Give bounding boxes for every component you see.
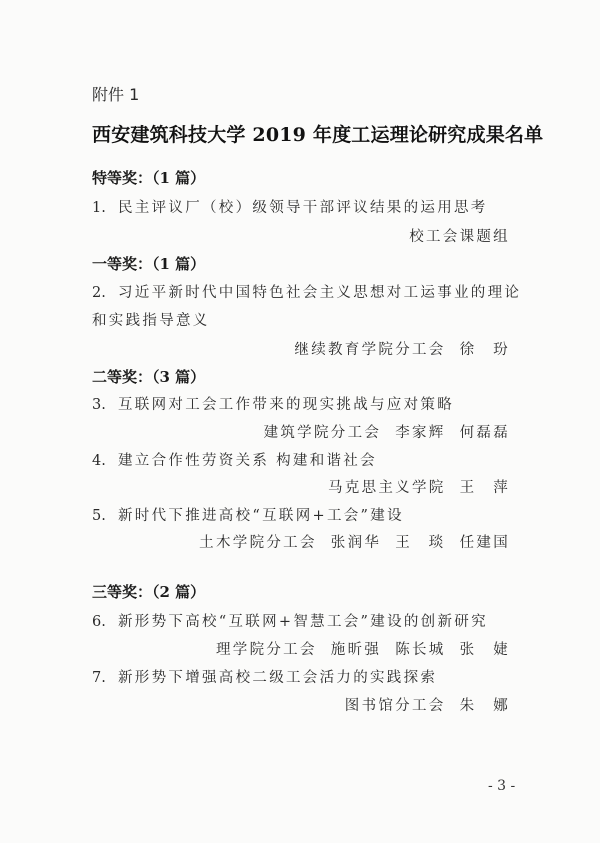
author-name: 王 萍 [460, 480, 510, 496]
author-name: 张 婕 [460, 642, 510, 658]
item-title: 新时代下推进高校“互联网+工会”建设 [118, 508, 404, 524]
section-heading-third: 三等奖：（2 篇） [92, 581, 205, 602]
author-name: 王 琰 [395, 535, 445, 551]
section-heading-second: 二等奖：（3 篇） [92, 366, 205, 387]
author-unit: 图书馆分工会 [345, 698, 446, 714]
attachment-label: 附件 1 [92, 82, 139, 105]
page-number: - 3 - [488, 778, 515, 794]
list-item-3: 3.互联网对工会工作带来的现实挑战与应对策略 [92, 393, 454, 414]
item-authors: 校工会课题组 [409, 225, 510, 246]
item-number: 1. [92, 200, 118, 216]
item-authors: 理学院分工会施昕强陈长城张 婕 [216, 638, 510, 659]
section-heading-special: 特等奖：（1 篇） [92, 167, 205, 188]
item-authors: 建筑学院分工会李家辉何磊磊 [264, 421, 510, 442]
author-unit: 马克思主义学院 [328, 480, 446, 496]
item-number: 2. [92, 285, 118, 301]
item-authors: 继续教育学院分工会徐 玢 [294, 338, 510, 359]
author-name: 施昕强 [331, 642, 381, 658]
item-title: 习近平新时代中国特色社会主义思想对工运事业的理论 [118, 285, 521, 301]
author-unit: 理学院分工会 [216, 642, 317, 658]
author-name: 徐 玢 [460, 342, 510, 358]
author-unit: 校工会课题组 [409, 229, 510, 245]
author-name: 陈长城 [395, 642, 445, 658]
author-unit: 建筑学院分工会 [264, 425, 382, 441]
document-title: 西安建筑科技大学 2019 年度工运理论研究成果名单 [92, 120, 543, 147]
item-number: 5. [92, 508, 118, 524]
item-title: 新形势下高校“互联网+智慧工会”建设的创新研究 [118, 614, 488, 630]
section-heading-first: 一等奖：（1 篇） [92, 253, 205, 274]
item-authors: 土木学院分工会张润华王 琰任建国 [199, 531, 510, 552]
item-authors: 马克思主义学院王 萍 [328, 476, 510, 497]
item-number: 7. [92, 670, 118, 686]
author-name: 朱 娜 [460, 698, 510, 714]
item-title: 互联网对工会工作带来的现实挑战与应对策略 [118, 397, 454, 413]
item-number: 4. [92, 453, 118, 469]
list-item-5: 5.新时代下推进高校“互联网+工会”建设 [92, 504, 404, 525]
list-item-6: 6.新形势下高校“互联网+智慧工会”建设的创新研究 [92, 610, 488, 631]
item-number: 3. [92, 397, 118, 413]
author-name: 任建国 [460, 535, 510, 551]
item-number: 6. [92, 614, 118, 630]
item-title: 建立合作性劳资关系 构建和谐社会 [118, 453, 377, 469]
item-title: 民主评议厂（校）级领导干部评议结果的运用思考 [118, 200, 488, 216]
list-item-1: 1.民主评议厂（校）级领导干部评议结果的运用思考 [92, 196, 488, 217]
author-unit: 土木学院分工会 [199, 535, 317, 551]
item-title-continuation: 和实践指导意义 [92, 309, 210, 330]
item-authors: 图书馆分工会朱 娜 [345, 694, 510, 715]
item-title: 新形势下增强高校二级工会活力的实践探索 [118, 670, 437, 686]
author-name: 李家辉 [395, 425, 445, 441]
author-unit: 继续教育学院分工会 [294, 342, 445, 358]
author-name: 何磊磊 [460, 425, 510, 441]
author-name: 张润华 [331, 535, 381, 551]
list-item-7: 7.新形势下增强高校二级工会活力的实践探索 [92, 666, 437, 687]
list-item-4: 4.建立合作性劳资关系 构建和谐社会 [92, 449, 377, 470]
list-item-2: 2.习近平新时代中国特色社会主义思想对工运事业的理论 [92, 281, 521, 302]
